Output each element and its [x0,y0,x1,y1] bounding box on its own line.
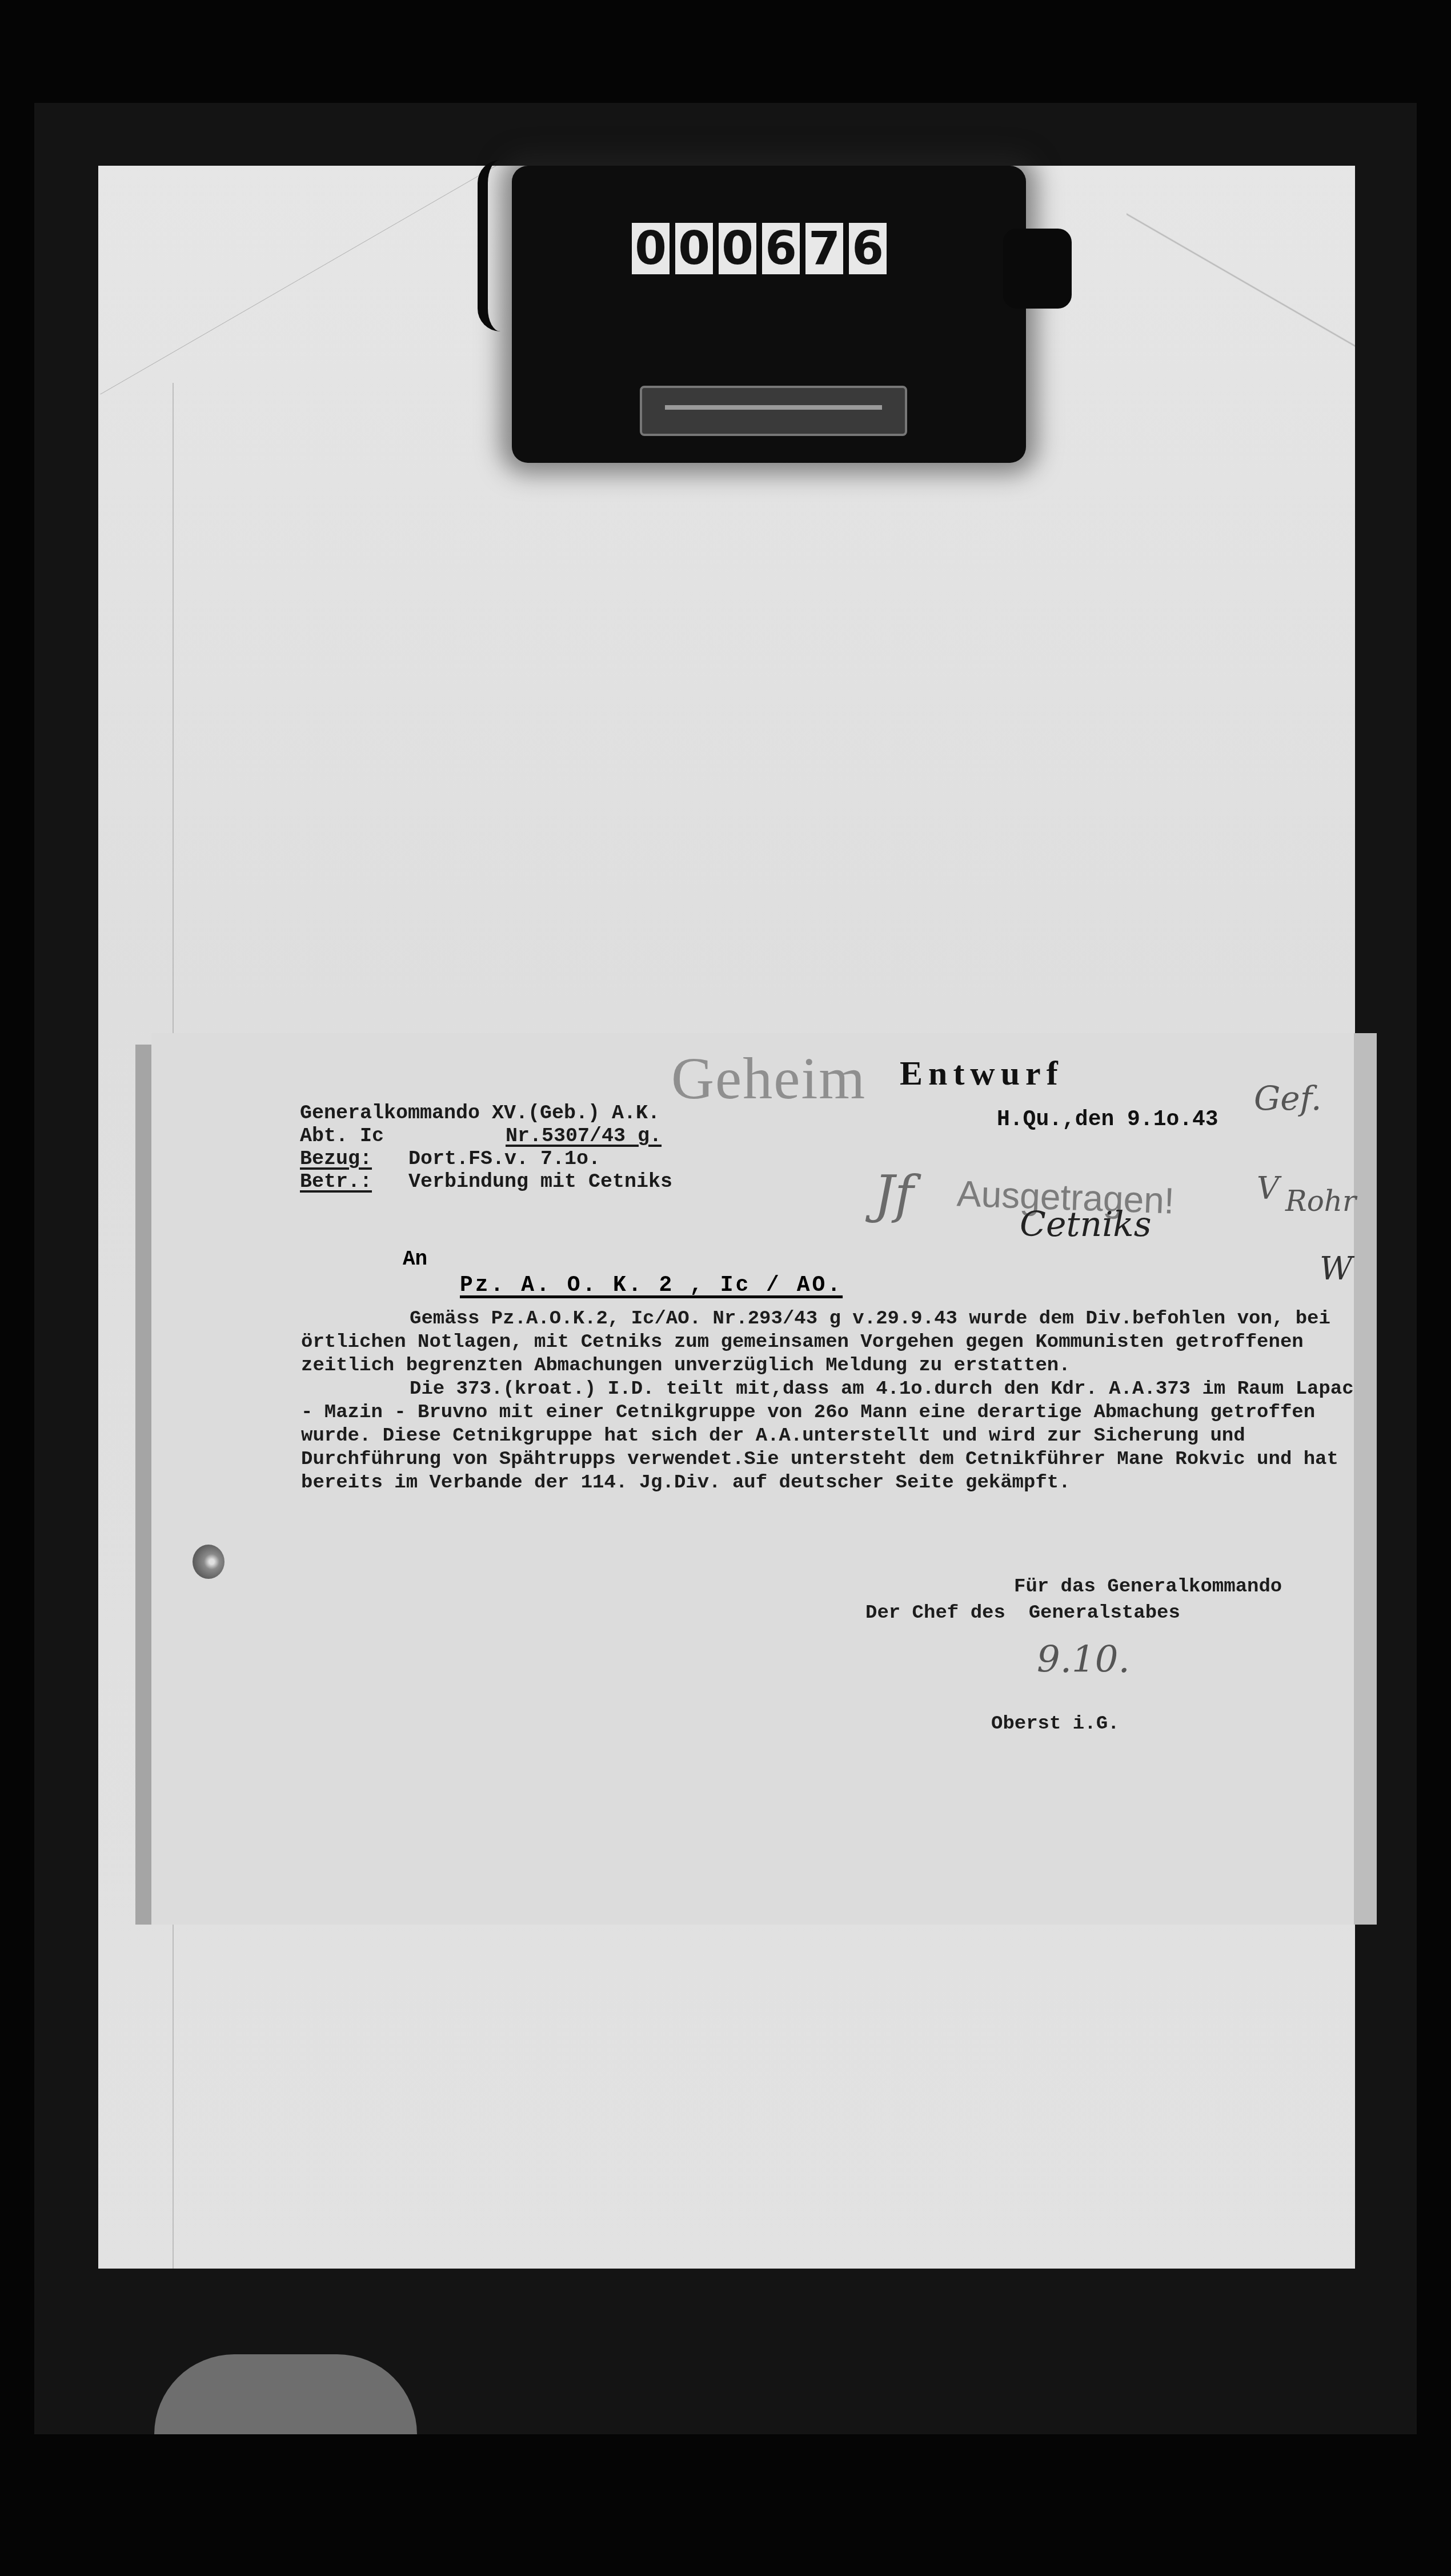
classification-stamp: Geheim [671,1045,866,1113]
signatory-rank: Oberst i.G. [991,1713,1119,1735]
frame-counter-digits: 0 0 0 6 7 6 [632,223,887,274]
margin-note-handwriting: Gef. [1254,1079,1322,1118]
paper-crease [1127,166,1355,394]
reference-label: Bezug: [300,1147,408,1170]
sender-line: Generalkommando XV.(Geb.) A.K. [300,1102,672,1125]
signature-line-2: Der Chef des Generalstabes [865,1602,1180,1624]
counter-digit: 6 [849,223,887,274]
subject-value: Verbindung mit Cetniks [408,1170,672,1193]
counter-digit: 7 [805,223,843,274]
body-paragraph: Gemäss Pz.A.O.K.2, Ic/AO. Nr.293/43 g v.… [301,1307,1375,1378]
place-date: H.Qu.,den 9.1o.43 [997,1107,1218,1132]
registry-initials-handwriting: Jf [874,1165,913,1225]
margin-check-handwriting: V [1257,1170,1279,1206]
reference-line: Bezug:Dort.FS.v. 7.1o. [300,1147,672,1170]
counter-cable [478,160,522,331]
signature-handwriting: 9.10. [1037,1639,1130,1681]
punch-hole [193,1545,225,1579]
recipient: Pz. A. O. K. 2 , Ic / AO. [460,1273,843,1298]
signature-line-1: Für das Generalkommando [1014,1576,1282,1598]
reference-number: Nr.5307/43 g. [506,1125,662,1147]
typed-document: Geheim Entwurf Generalkommando XV.(Geb.)… [151,1033,1377,1925]
body-paragraph: Die 373.(kroat.) I.D. teilt mit,dass am … [301,1378,1375,1495]
counter-digit: 0 [675,223,713,274]
department-label: Abt. Ic [300,1125,408,1147]
counter-nameplate [640,386,907,436]
document-header: Generalkommando XV.(Geb.) A.K. Abt. IcNr… [300,1102,672,1193]
film-artifact [154,2354,417,2434]
registry-note-handwriting: Cetniks [1020,1205,1152,1245]
counter-digit: 6 [762,223,800,274]
frame-counter-device: 0 0 0 6 7 6 [512,166,1026,463]
subject-label: Betr.: [300,1170,408,1193]
margin-word-handwriting: Rohr [1285,1185,1356,1218]
counter-digit: 0 [632,223,670,274]
margin-initial-handwriting: W [1320,1250,1353,1287]
reference-value: Dort.FS.v. 7.1o. [408,1147,600,1170]
counter-knob [1003,229,1072,309]
draft-stamp: Entwurf [900,1054,1064,1093]
document-shadow [135,1045,151,1925]
department-line: Abt. IcNr.5307/43 g. [300,1125,672,1147]
counter-digit: 0 [719,223,756,274]
body-text: Gemäss Pz.A.O.K.2, Ic/AO. Nr.293/43 g v.… [301,1307,1375,1495]
recipient-label: An [403,1247,427,1271]
subject-line: Betr.:Verbindung mit Cetniks [300,1170,672,1193]
